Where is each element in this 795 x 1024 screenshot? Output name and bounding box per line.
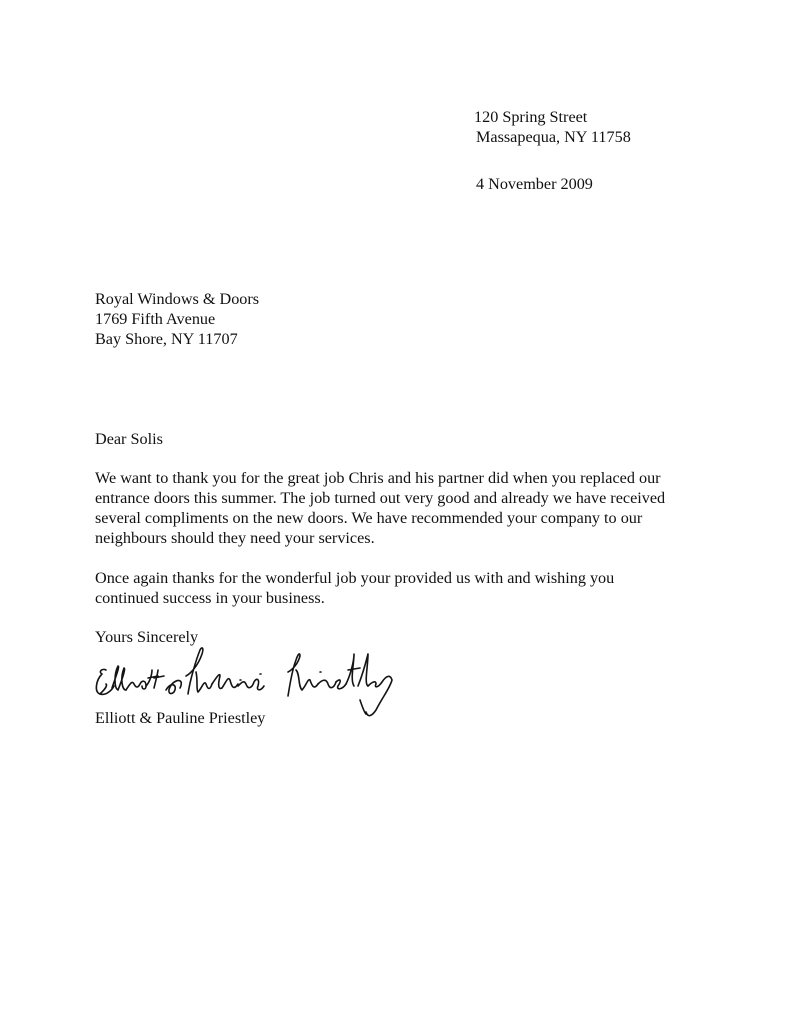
sender-address-line: 120 Spring Street	[474, 107, 631, 127]
recipient-address-line: Bay Shore, NY 11707	[95, 329, 259, 349]
paragraph-line: entrance doors this summer. The job turn…	[95, 488, 665, 508]
paragraph-line: neighbours should they need your service…	[95, 528, 665, 548]
salutation: Dear Solis	[95, 429, 163, 449]
paragraph-line: continued success in your business.	[95, 588, 614, 608]
letter-page: 120 Spring Street Massapequa, NY 11758 4…	[0, 0, 795, 1024]
paragraph-line: several compliments on the new doors. We…	[95, 508, 665, 528]
sender-address-line: Massapequa, NY 11758	[474, 127, 631, 147]
body-paragraph-1: We want to thank you for the great job C…	[95, 468, 665, 548]
signatory-name: Elliott & Pauline Priestley	[95, 708, 265, 728]
paragraph-line: Once again thanks for the wonderful job …	[95, 568, 614, 588]
recipient-address-line: Royal Windows & Doors	[95, 289, 259, 309]
letter-date: 4 November 2009	[476, 174, 593, 194]
recipient-address-line: 1769 Fifth Avenue	[95, 309, 259, 329]
paragraph-line: We want to thank you for the great job C…	[95, 468, 665, 488]
body-paragraph-2: Once again thanks for the wonderful job …	[95, 568, 614, 608]
sender-address: 120 Spring Street Massapequa, NY 11758	[474, 107, 631, 147]
recipient-address: Royal Windows & Doors 1769 Fifth Avenue …	[95, 289, 259, 349]
